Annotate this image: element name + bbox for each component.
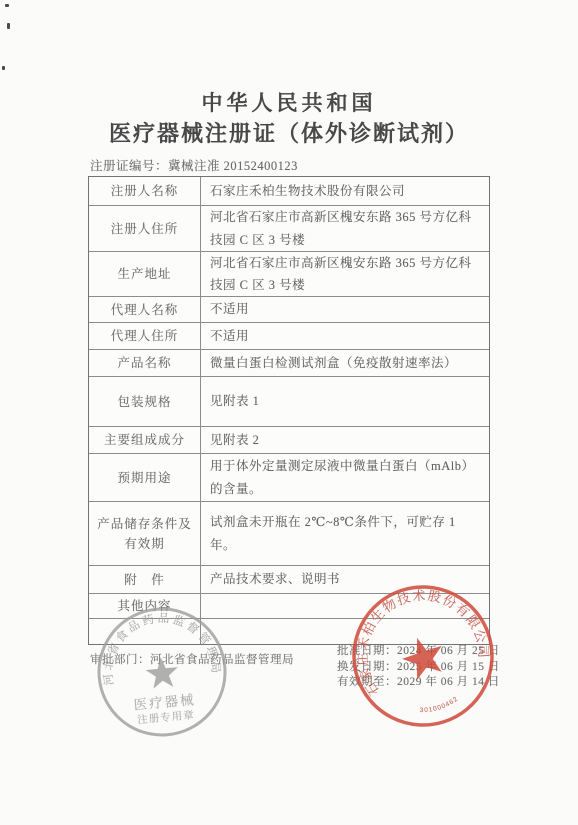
row-value: 不适用 — [201, 297, 489, 322]
table-row: 代理人名称 不适用 — [89, 297, 489, 323]
row-label: 包装规格 — [89, 377, 201, 426]
row-value: 河北省石家庄市高新区槐安东路 365 号方亿科技园 C 区 3 号楼 — [201, 206, 489, 251]
row-value: 试剂盒未开瓶在 2℃~8℃条件下，可贮存 1 年。 — [201, 502, 489, 565]
table-row: 生产地址 河北省石家庄市高新区槐安东路 365 号方亿科技园 C 区 3 号楼 — [89, 252, 489, 297]
table-row — [89, 619, 489, 644]
row-value: 石家庄禾柏生物技术股份有限公司 — [201, 177, 489, 205]
row-value: 见附表 1 — [201, 377, 489, 426]
certificate-page: 中华人民共和国 医疗器械注册证（体外诊断试剂） 注册证编号：冀械注准 20152… — [0, 0, 578, 825]
table-row: 附 件 产品技术要求、说明书 — [89, 566, 489, 594]
valid-until-line: 有效期至：2029 年 06 月 14 日 — [337, 675, 500, 691]
table-row: 代理人住所 不适用 — [89, 323, 489, 350]
row-value: 河北省石家庄市高新区槐安东路 365 号方亿科技园 C 区 3 号楼 — [201, 252, 489, 296]
scan-artifact-speck — [5, 4, 9, 7]
approval-date-value: 2024 年 06 月 25 日 — [397, 645, 500, 657]
reissue-date-label: 换发日期： — [337, 661, 397, 673]
authority-seal-line1: 医疗器械 — [133, 691, 196, 712]
row-value: 用于体外定量测定尿液中微量白蛋白（mAlb）的含量。 — [201, 454, 489, 501]
reissue-date-line: 换发日期：2025 年 06 月 15 日 — [337, 660, 500, 676]
row-label: 代理人名称 — [89, 297, 201, 322]
row-label: 产品储存条件及有效期 — [89, 502, 201, 565]
approval-department-label: 审批部门： — [90, 654, 150, 666]
scan-artifact-speck — [2, 66, 5, 70]
row-value: 不适用 — [201, 323, 489, 349]
row-value: 微量白蛋白检测试剂盒（免疫散射速率法） — [201, 350, 489, 376]
table-row: 注册人住所 河北省石家庄市高新区槐安东路 365 号方亿科技园 C 区 3 号楼 — [89, 206, 489, 252]
row-label: 注册人名称 — [89, 177, 201, 205]
scan-artifact-speck — [7, 23, 10, 29]
row-label: 附 件 — [89, 566, 201, 593]
reissue-date-value: 2025 年 06 月 15 日 — [397, 661, 500, 673]
approval-date-label: 批准日期： — [337, 645, 397, 657]
table-row: 产品储存条件及有效期 试剂盒未开瓶在 2℃~8℃条件下，可贮存 1 年。 — [89, 502, 489, 566]
approval-date-line: 批准日期：2024 年 06 月 25 日 — [337, 644, 500, 660]
document-title-country: 中华人民共和国 — [0, 87, 578, 117]
row-label: 产品名称 — [89, 350, 201, 376]
authority-seal-line2: 注册专用章 — [137, 708, 195, 726]
row-label: 注册人住所 — [89, 206, 201, 251]
valid-until-label: 有效期至： — [337, 676, 397, 688]
row-value — [201, 594, 489, 618]
table-row: 预期用途 用于体外定量测定尿液中微量白蛋白（mAlb）的含量。 — [89, 454, 489, 502]
valid-until-value: 2029 年 06 月 14 日 — [397, 676, 500, 688]
table-row: 产品名称 微量白蛋白检测试剂盒（免疫散射速率法） — [89, 350, 489, 377]
table-row: 主要组成成分 见附表 2 — [89, 427, 489, 454]
certificate-table: 注册人名称 石家庄禾柏生物技术股份有限公司 注册人住所 河北省石家庄市高新区槐安… — [88, 176, 490, 645]
approval-department-line: 审批部门：河北省食品药品监督管理局 — [90, 651, 294, 667]
approval-department-name: 河北省食品药品监督管理局 — [150, 654, 294, 666]
registration-number-value: 冀械注准 20152400123 — [168, 159, 298, 173]
row-label: 生产地址 — [89, 252, 201, 296]
date-block: 批准日期：2024 年 06 月 25 日 换发日期：2025 年 06 月 1… — [337, 644, 500, 691]
table-row: 包装规格 见附表 1 — [89, 377, 489, 427]
row-label: 主要组成成分 — [89, 427, 201, 453]
row-value: 见附表 2 — [201, 427, 489, 453]
row-label: 其他内容 — [89, 594, 201, 618]
table-row: 注册人名称 石家庄禾柏生物技术股份有限公司 — [89, 177, 489, 206]
row-value — [201, 619, 489, 644]
row-label: 预期用途 — [89, 454, 201, 501]
registration-number-line: 注册证编号：冀械注准 20152400123 — [90, 156, 298, 174]
row-label — [89, 619, 201, 644]
row-value: 产品技术要求、说明书 — [201, 566, 489, 593]
registration-number-label: 注册证编号： — [90, 159, 168, 173]
table-row: 其他内容 — [89, 594, 489, 619]
document-title-certificate: 医疗器械注册证（体外诊断试剂） — [0, 117, 578, 148]
row-label: 代理人住所 — [89, 323, 201, 349]
